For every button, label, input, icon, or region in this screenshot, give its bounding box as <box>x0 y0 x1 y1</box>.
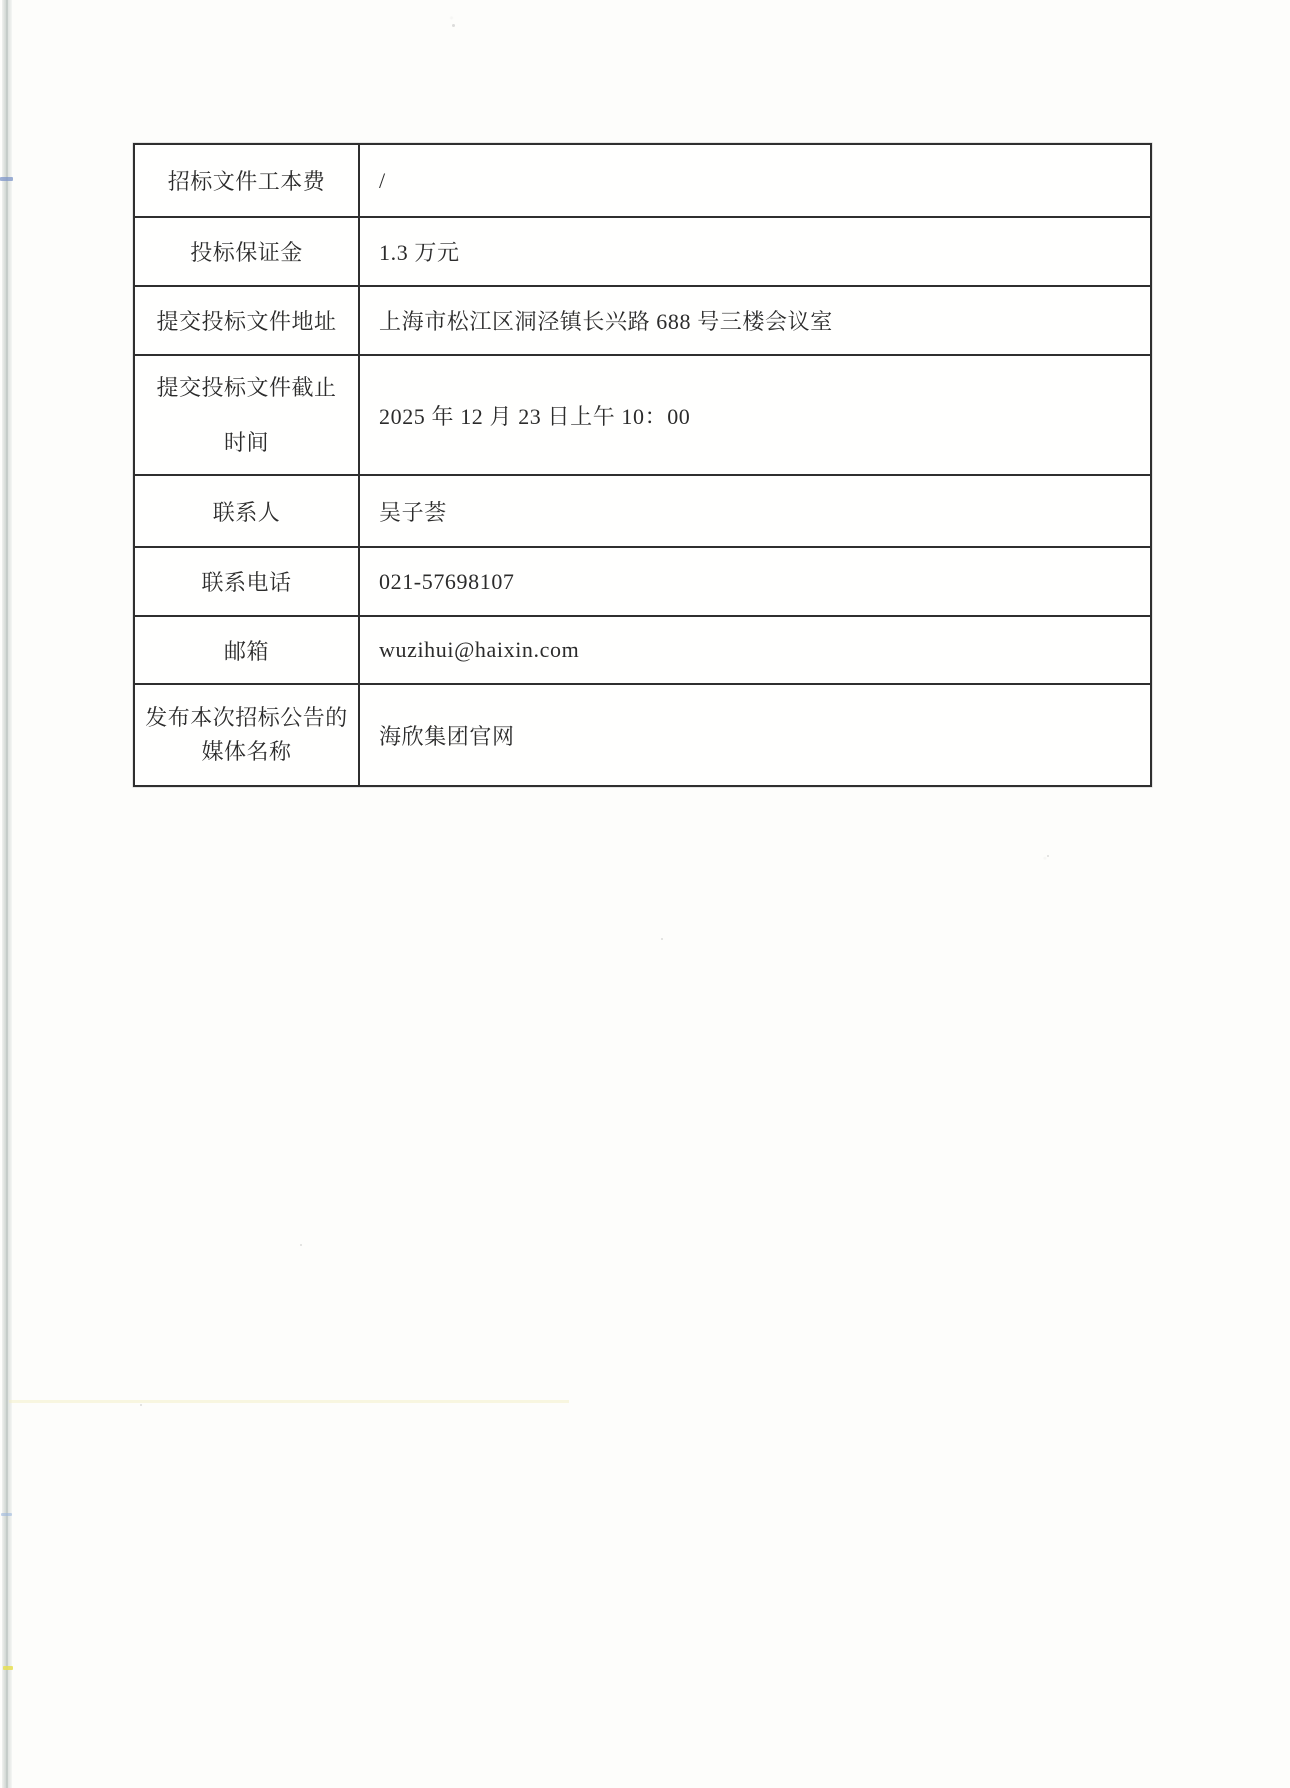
row-value: 1.3 万元 <box>360 218 1150 285</box>
scan-speck <box>661 938 663 940</box>
scan-yellow-tick <box>3 1666 13 1670</box>
row-value: / <box>360 145 1150 216</box>
row-label-text: 邮箱 <box>224 635 269 666</box>
row-label: 邮箱 <box>135 617 360 683</box>
row-label: 提交投标文件截止 时间 <box>135 356 360 474</box>
row-label: 联系电话 <box>135 548 360 615</box>
row-value: wuzihui@haixin.com <box>360 617 1150 683</box>
table-row-announcement-media: 发布本次招标公告的 媒体名称 海欣集团官网 <box>135 683 1150 785</box>
bid-info-table: 招标文件工本费 / 投标保证金 1.3 万元 提交投标文件地址 上海市松江区洞泾… <box>133 143 1152 787</box>
row-label: 发布本次招标公告的 媒体名称 <box>135 685 360 785</box>
scan-speck <box>452 24 455 27</box>
row-label-text: 招标文件工本费 <box>168 165 326 196</box>
row-label-text: 时间 <box>224 415 269 470</box>
table-row-contact-phone: 联系电话 021-57698107 <box>135 546 1150 615</box>
table-row-submission-address: 提交投标文件地址 上海市松江区洞泾镇长兴路 688 号三楼会议室 <box>135 285 1150 354</box>
scan-blue-tick <box>0 177 13 181</box>
row-label-text: 投标保证金 <box>190 236 303 267</box>
row-label-text: 提交投标文件地址 <box>156 305 336 336</box>
row-label-text: 提交投标文件截止 <box>156 360 336 415</box>
scan-edge-line <box>6 0 8 1788</box>
table-row-contact-person: 联系人 吴子荟 <box>135 474 1150 546</box>
row-value: 上海市松江区洞泾镇长兴路 688 号三楼会议室 <box>360 287 1150 354</box>
row-label-text: 联系人 <box>213 496 281 527</box>
row-label-text: 发布本次招标公告的 <box>145 701 348 735</box>
row-label: 投标保证金 <box>135 218 360 285</box>
scan-speck <box>300 1244 302 1246</box>
scan-speck <box>140 1404 142 1406</box>
row-label: 提交投标文件地址 <box>135 287 360 354</box>
row-label: 联系人 <box>135 476 360 546</box>
table-row-submission-deadline: 提交投标文件截止 时间 2025 年 12 月 23 日上午 10：00 <box>135 354 1150 474</box>
row-label-text: 联系电话 <box>201 566 291 597</box>
row-label: 招标文件工本费 <box>135 145 360 216</box>
scan-yellow-streak <box>9 1400 569 1403</box>
row-value: 吴子荟 <box>360 476 1150 546</box>
scan-blue-tick <box>1 1513 12 1516</box>
row-label-text: 媒体名称 <box>201 735 291 769</box>
table-row-document-fee: 招标文件工本费 / <box>135 145 1150 216</box>
row-value: 2025 年 12 月 23 日上午 10：00 <box>360 356 1150 474</box>
row-value: 021-57698107 <box>360 548 1150 615</box>
table-row-bid-deposit: 投标保证金 1.3 万元 <box>135 216 1150 285</box>
document-page: 招标文件工本费 / 投标保证金 1.3 万元 提交投标文件地址 上海市松江区洞泾… <box>0 0 1290 1788</box>
scan-speck <box>1047 855 1049 857</box>
row-value: 海欣集团官网 <box>360 685 1150 785</box>
table-row-email: 邮箱 wuzihui@haixin.com <box>135 615 1150 683</box>
